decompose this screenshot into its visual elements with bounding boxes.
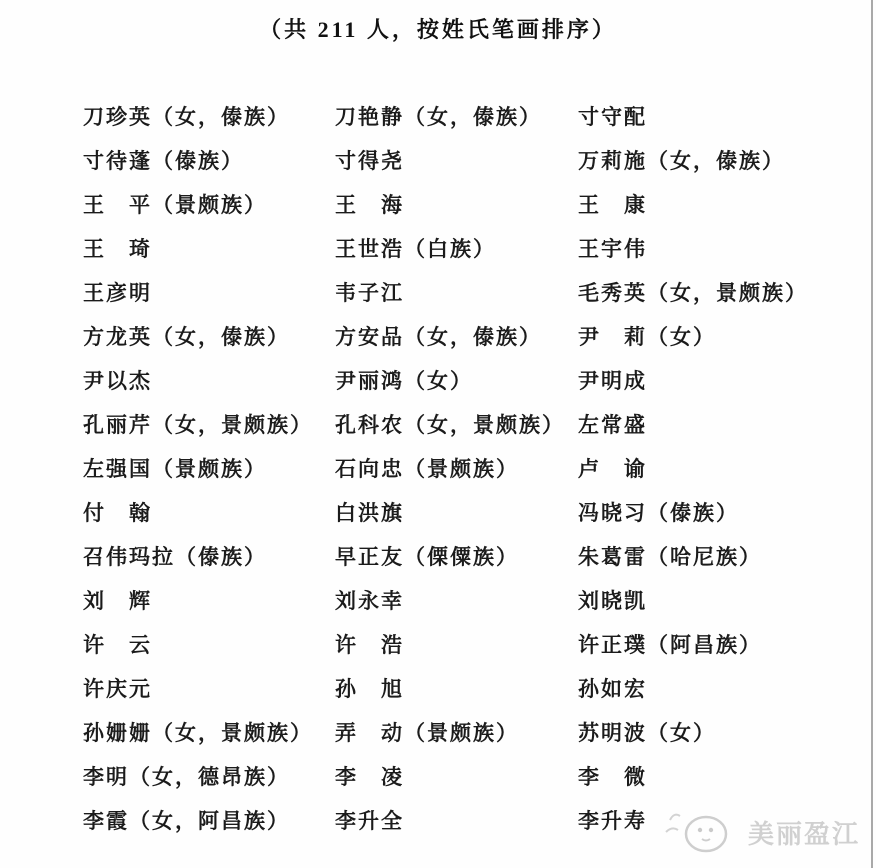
roster-row: 王彦明 韦子江 毛秀英（女，景颇族） [83,270,846,314]
page-title: （共 211 人，按姓氏笔画排序） [0,0,876,44]
roster-cell: 苏明波（女） [578,717,846,747]
roster-row: 方龙英（女，傣族） 方安品（女，傣族） 尹 莉（女） [83,314,846,358]
roster-row: 许 云 许 浩 许正璞（阿昌族） [83,622,846,666]
roster-cell: 许 浩 [335,629,578,659]
roster-cell: 早正友（傈僳族） [335,541,578,571]
roster-row: 王 琦 王世浩（白族） 王宇伟 [83,226,846,270]
roster-cell: 李霞（女，阿昌族） [83,805,335,835]
roster-cell: 尹明成 [578,365,846,395]
roster-cell: 刀珍英（女，傣族） [83,101,335,131]
roster-cell: 方龙英（女，傣族） [83,321,335,351]
page-right-border [871,0,873,868]
roster-cell: 王 海 [335,189,578,219]
roster-cell: 孙姗姗（女，景颇族） [83,717,335,747]
roster-cell: 毛秀英（女，景颇族） [578,277,846,307]
mascot-face-icon [664,806,742,858]
roster-cell: 许庆元 [83,673,335,703]
roster-cell: 刀艳静（女，傣族） [335,101,578,131]
roster-cell: 尹以杰 [83,365,335,395]
roster-cell: 召伟玛拉（傣族） [83,541,335,571]
roster-cell: 万莉施（女，傣族） [578,145,846,175]
roster-cell: 冯晓习（傣族） [578,497,846,527]
roster-cell: 左常盛 [578,409,846,439]
watermark: 美丽盈江 [664,806,860,858]
roster-cell: 寸待蓬（傣族） [83,145,335,175]
roster-row: 左强国（景颇族） 石向忠（景颇族） 卢 谕 [83,446,846,490]
roster-row: 寸待蓬（傣族） 寸得尧 万莉施（女，傣族） [83,138,846,182]
roster-cell: 寸守配 [578,101,846,131]
roster-cell: 刘晓凯 [578,585,846,615]
roster-cell: 王世浩（白族） [335,233,578,263]
roster-cell: 朱葛雷（哈尼族） [578,541,846,571]
roster-cell: 王 康 [578,189,846,219]
roster-cell: 许正璞（阿昌族） [578,629,846,659]
roster-cell: 王 平（景颇族） [83,189,335,219]
roster-cell: 王宇伟 [578,233,846,263]
roster-cell: 孙 旭 [335,673,578,703]
document-page: （共 211 人，按姓氏笔画排序） 刀珍英（女，傣族） 刀艳静（女，傣族） 寸守… [0,0,876,868]
name-roster: 刀珍英（女，傣族） 刀艳静（女，傣族） 寸守配 寸待蓬（傣族） 寸得尧 万莉施（… [83,94,846,842]
roster-row: 刘 辉 刘永幸 刘晓凯 [83,578,846,622]
roster-row: 尹以杰 尹丽鸿（女） 尹明成 [83,358,846,402]
roster-row: 王 平（景颇族） 王 海 王 康 [83,182,846,226]
roster-cell: 王 琦 [83,233,335,263]
roster-cell: 李 凌 [335,761,578,791]
roster-cell: 孔丽芹（女，景颇族） [83,409,335,439]
roster-cell: 尹丽鸿（女） [335,365,578,395]
roster-row: 李明（女，德昂族） 李 凌 李 微 [83,754,846,798]
watermark-text: 美丽盈江 [748,814,860,851]
roster-cell: 尹 莉（女） [578,321,846,351]
roster-cell: 左强国（景颇族） [83,453,335,483]
roster-row: 许庆元 孙 旭 孙如宏 [83,666,846,710]
roster-cell: 卢 谕 [578,453,846,483]
roster-row: 付 翰 白洪旗 冯晓习（傣族） [83,490,846,534]
roster-cell: 李升全 [335,805,578,835]
roster-cell: 付 翰 [83,497,335,527]
roster-row: 刀珍英（女，傣族） 刀艳静（女，傣族） 寸守配 [83,94,846,138]
roster-cell: 白洪旗 [335,497,578,527]
roster-cell: 许 云 [83,629,335,659]
roster-cell: 刘永幸 [335,585,578,615]
roster-cell: 弄 动（景颇族） [335,717,578,747]
roster-cell: 李 微 [578,761,846,791]
roster-cell: 寸得尧 [335,145,578,175]
roster-cell: 孙如宏 [578,673,846,703]
roster-row: 孔丽芹（女，景颇族） 孔科农（女，景颇族） 左常盛 [83,402,846,446]
roster-row: 孙姗姗（女，景颇族） 弄 动（景颇族） 苏明波（女） [83,710,846,754]
roster-cell: 李明（女，德昂族） [83,761,335,791]
roster-cell: 刘 辉 [83,585,335,615]
roster-cell: 韦子江 [335,277,578,307]
roster-cell: 孔科农（女，景颇族） [335,409,578,439]
roster-cell: 方安品（女，傣族） [335,321,578,351]
roster-cell: 石向忠（景颇族） [335,453,578,483]
roster-cell: 王彦明 [83,277,335,307]
roster-row: 召伟玛拉（傣族） 早正友（傈僳族） 朱葛雷（哈尼族） [83,534,846,578]
